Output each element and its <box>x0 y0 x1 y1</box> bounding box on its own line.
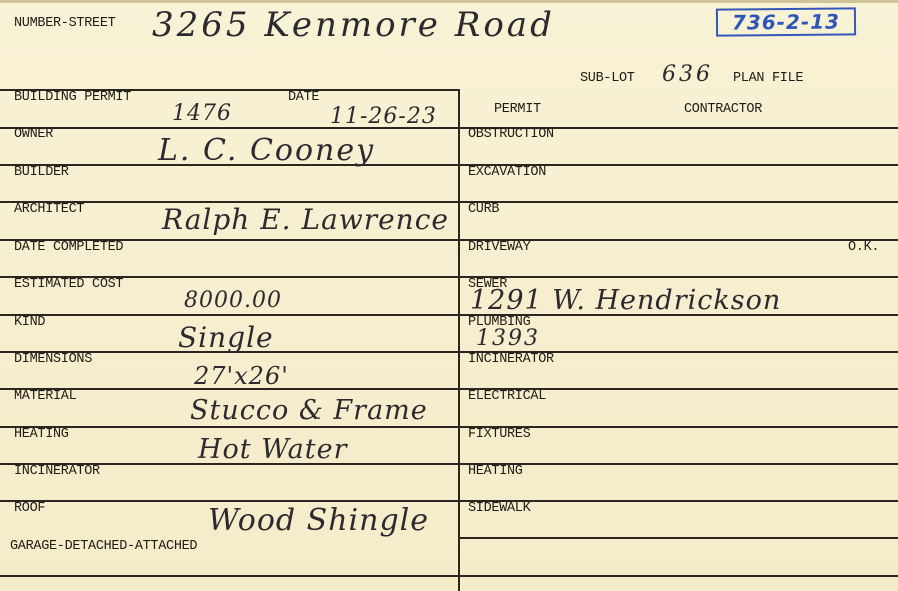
plan-file-label: PLAN FILE <box>733 72 803 86</box>
heating-value: Hot Water <box>198 436 347 463</box>
rule <box>0 164 898 166</box>
permit-row-electrical: ELECTRICAL <box>468 390 546 404</box>
file-stamp: 736-2-13 <box>716 7 856 36</box>
rule <box>0 426 898 428</box>
building-permit-label: BUILDING PERMIT <box>14 91 131 105</box>
permit-card: NUMBER-STREET 3265 Kenmore Road 736-2-13… <box>0 0 898 591</box>
column-divider <box>458 89 460 591</box>
material-label: MATERIAL <box>14 390 76 404</box>
dimensions-value: 27'x26' <box>194 364 289 388</box>
builder-label: BUILDER <box>14 166 69 180</box>
garage-label: GARAGE-DETACHED-ATTACHED <box>10 540 197 554</box>
plumbing-value: 1393 <box>476 328 540 350</box>
number-street-value: 3265 Kenmore Road <box>152 8 555 42</box>
permit-header: PERMIT <box>494 103 541 117</box>
rule <box>0 575 898 577</box>
date-label: DATE <box>288 91 319 105</box>
rule <box>0 500 898 502</box>
number-street-label: NUMBER-STREET <box>14 17 115 31</box>
permit-row-fixtures: FIXTURES <box>468 428 530 442</box>
owner-value: L. C. Cooney <box>158 136 375 166</box>
rule <box>0 201 898 203</box>
card-top-edge <box>0 0 898 3</box>
rule <box>0 239 898 241</box>
heating-label: HEATING <box>14 428 69 442</box>
permit-row-incinerator: INCINERATOR <box>468 353 554 367</box>
dimensions-label: DIMENSIONS <box>14 353 92 367</box>
sewer-value: 1291 W. Hendrickson <box>470 287 781 314</box>
architect-label: ARCHITECT <box>14 203 84 217</box>
rule <box>0 463 898 465</box>
permit-row-sidewalk: SIDEWALK <box>468 502 530 516</box>
sub-lot-label: SUB-LOT <box>580 72 635 86</box>
permit-row-excavation: EXCAVATION <box>468 166 546 180</box>
rule <box>0 276 898 278</box>
kind-value: Single <box>178 324 274 352</box>
date-value: 11-26-23 <box>330 106 437 128</box>
estimated-cost-value: 8000.00 <box>184 290 282 312</box>
driveway-note: O.K. <box>848 241 879 255</box>
date-completed-label: DATE COMPLETED <box>14 241 123 255</box>
permit-row-driveway: DRIVEWAY <box>468 241 530 255</box>
permit-row-curb: CURB <box>468 203 499 217</box>
roof-label: ROOF <box>14 502 45 516</box>
estimated-cost-label: ESTIMATED COST <box>14 278 123 292</box>
rule <box>0 388 898 390</box>
incinerator-label: INCINERATOR <box>14 465 100 479</box>
architect-value: Ralph E. Lawrence <box>162 206 449 234</box>
rule <box>0 351 898 353</box>
permit-row-heating: HEATING <box>468 465 523 479</box>
roof-value: Wood Shingle <box>208 506 429 536</box>
rule <box>458 537 898 539</box>
owner-label: OWNER <box>14 128 53 142</box>
kind-label: KIND <box>14 316 45 330</box>
rule <box>0 127 898 129</box>
sub-lot-value: 636 <box>662 64 713 86</box>
permit-row-obstruction: OBSTRUCTION <box>468 128 554 142</box>
building-permit-value: 1476 <box>172 103 232 125</box>
material-value: Stucco & Frame <box>190 397 428 424</box>
contractor-header: CONTRACTOR <box>684 103 762 117</box>
